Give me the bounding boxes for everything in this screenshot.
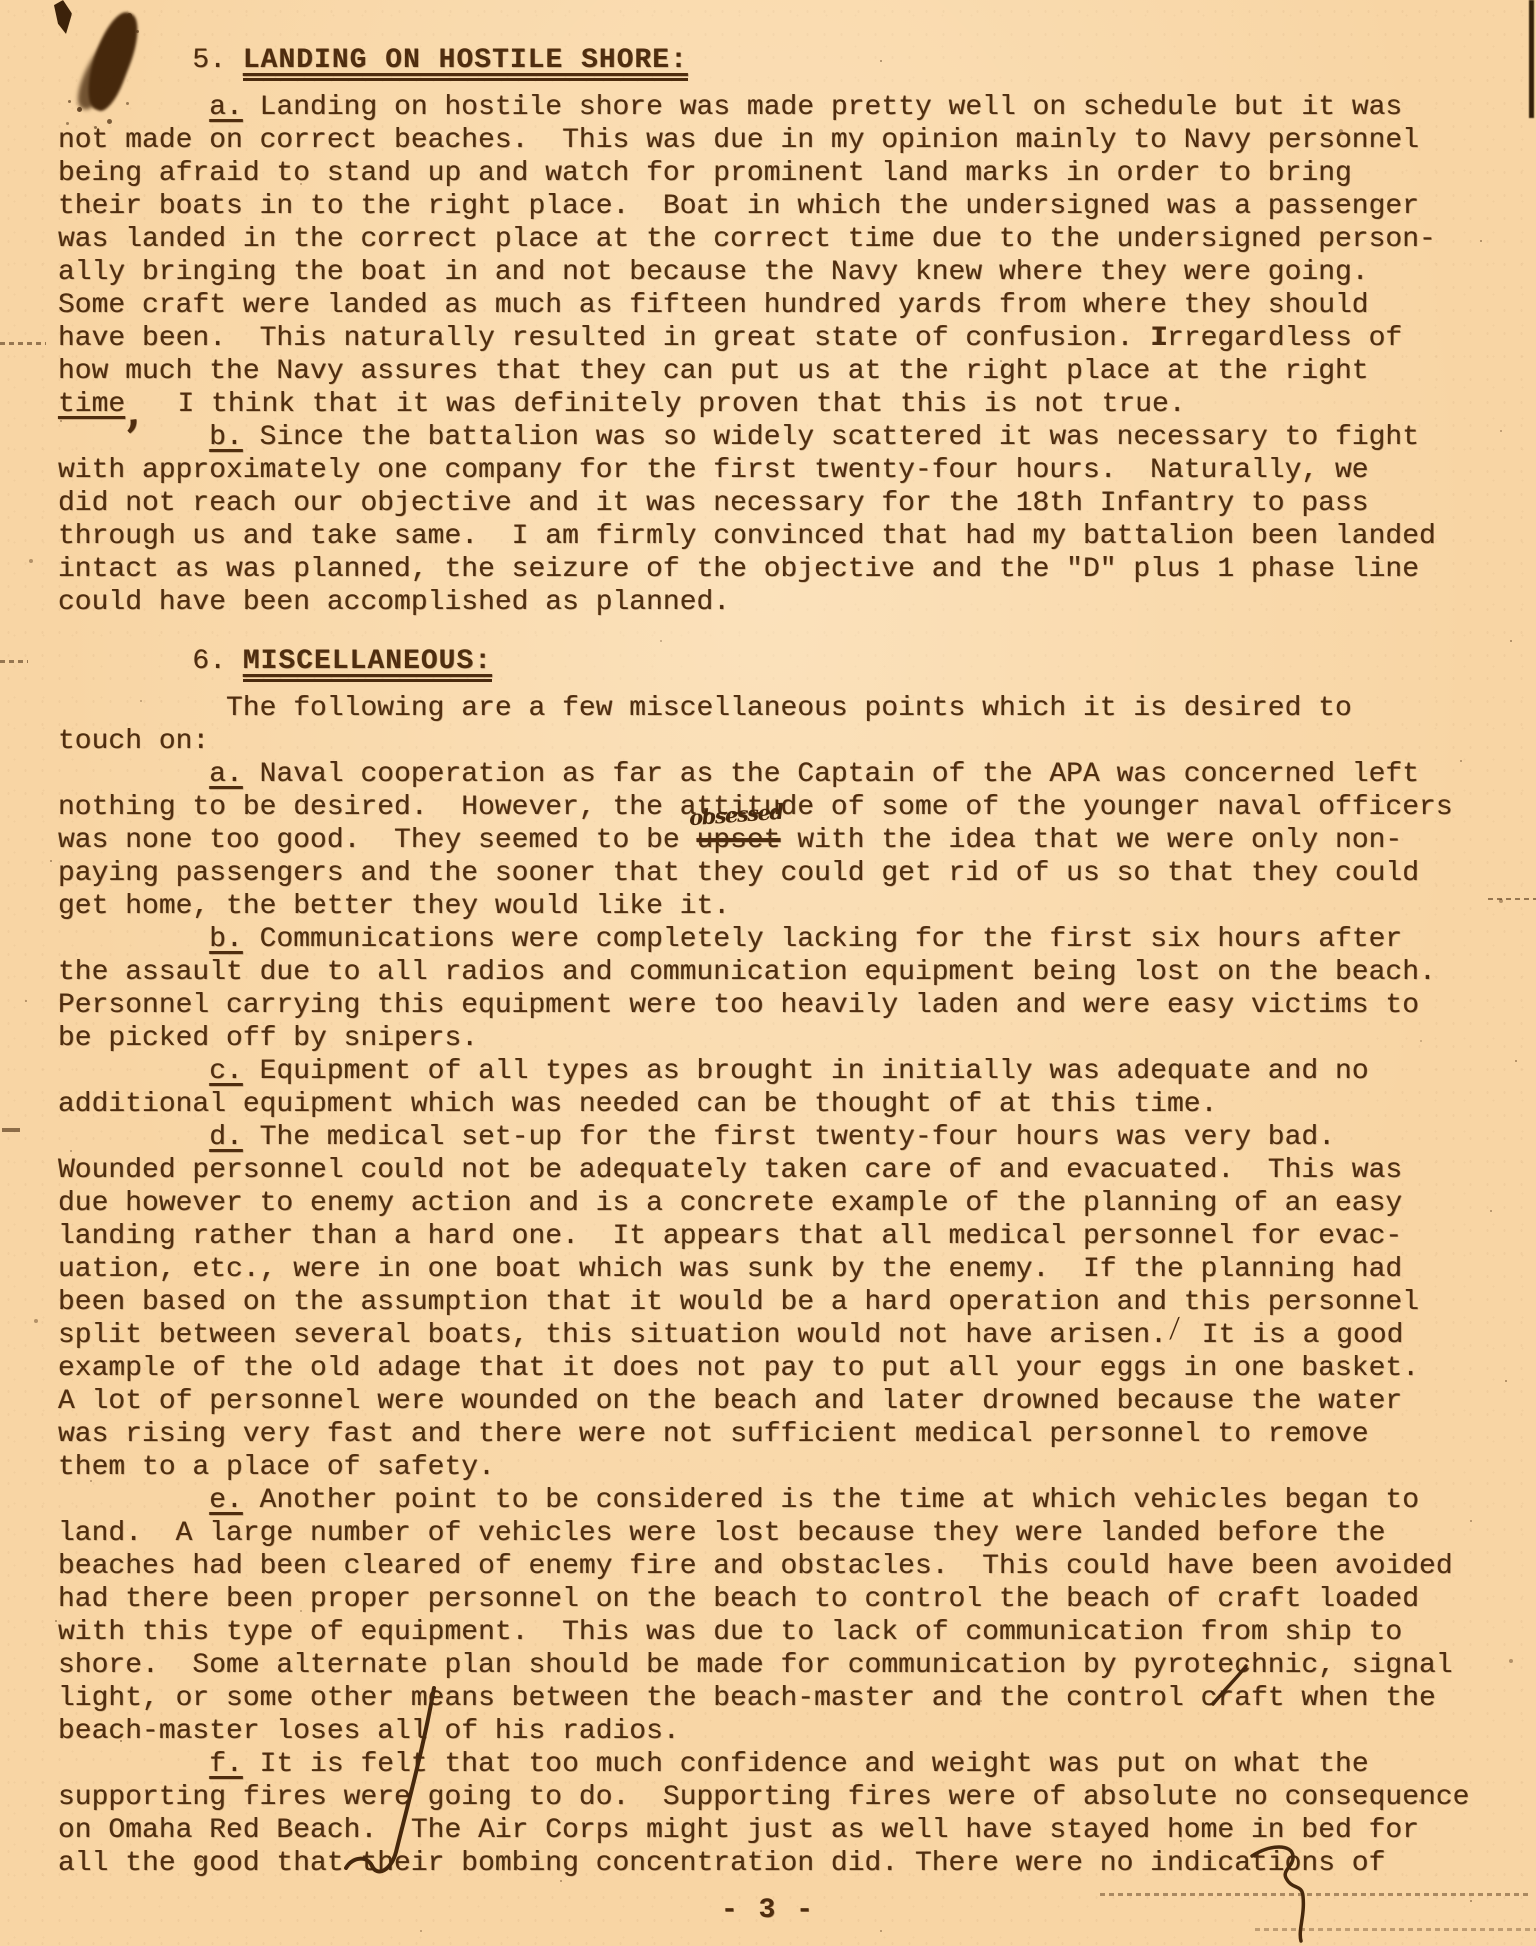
text-line: had there been proper personnel on the b…: [58, 1583, 1536, 1616]
text-run: their boats in to the right place. Boat …: [58, 191, 1419, 222]
text-run: A lot of personnel were wounded on the b…: [58, 1386, 1402, 1417]
underlined-text: b.: [209, 924, 243, 955]
text-line: with approximately one company for the f…: [58, 454, 1536, 487]
text-line: ally bringing the boat in and not becaus…: [58, 256, 1536, 289]
text-run: light, or some other means between the b…: [58, 1683, 1436, 1714]
text-line: the assault due to all radios and commun…: [58, 956, 1536, 989]
text-line: uation, etc., were in one boat which was…: [58, 1253, 1536, 1286]
text-run: [58, 759, 209, 790]
page-number: - 3 -: [58, 1894, 1478, 1927]
text-line: Wounded personnel could not be adequatel…: [58, 1154, 1536, 1187]
text-run: [58, 92, 209, 123]
text-run: 6.: [58, 646, 243, 677]
text-run: was rising very fast and there were not …: [58, 1419, 1369, 1450]
text-run: land. A large number of vehicles were lo…: [58, 1518, 1385, 1549]
text-run: rregardless of: [1167, 323, 1402, 354]
corrected-word: upsetobsessed: [697, 824, 781, 857]
text-line: been based on the assumption that it wou…: [58, 1286, 1536, 1319]
text-line: d. The medical set-up for the first twen…: [58, 1121, 1536, 1154]
text-run: ally bringing the boat in and not becaus…: [58, 257, 1369, 288]
text-line: a. Landing on hostile shore was made pre…: [58, 91, 1536, 124]
text-run: through us and take same. I am firmly co…: [58, 521, 1436, 552]
text-run: with approximately one company for the f…: [58, 455, 1369, 486]
text-line: be picked off by snipers.: [58, 1022, 1536, 1055]
text-run: being afraid to stand up and watch for p…: [58, 158, 1352, 189]
text-line: Some craft were landed as much as fiftee…: [58, 289, 1536, 322]
text-run: It is felt that too much confidence and …: [243, 1749, 1369, 1780]
text-run: not made on correct beaches. This was du…: [58, 125, 1419, 156]
text-run: have been. This naturally resulted in gr…: [58, 323, 1150, 354]
handwritten-comma: ,: [125, 411, 140, 413]
text-run: [58, 1056, 209, 1087]
text-line: e. Another point to be considered is the…: [58, 1484, 1536, 1517]
text-line: light, or some other means between the b…: [58, 1682, 1536, 1715]
scanned-document-page: { "page": { "background": "#f8d5a4", "in…: [0, 0, 1536, 1946]
text-run: had there been proper personnel on the b…: [58, 1584, 1419, 1615]
text-line: b. Communications were completely lackin…: [58, 923, 1536, 956]
text-run: It is a good: [1185, 1320, 1403, 1351]
text-run: paying passengers and the sooner that th…: [58, 858, 1419, 889]
document-body: 5. LANDING ON HOSTILE SHORE: a. Landing …: [0, 0, 1536, 1946]
underlined-text: e.: [209, 1485, 243, 1516]
text-line: on Omaha Red Beach. The Air Corps might …: [58, 1814, 1536, 1847]
text-run: Another point to be considered is the ti…: [243, 1485, 1419, 1516]
text-run: Some craft were landed as much as fiftee…: [58, 290, 1369, 321]
text-line: how much the Navy assures that they can …: [58, 355, 1536, 388]
text-line: c. Equipment of all types as brought in …: [58, 1055, 1536, 1088]
text-run: with the idea that we were only non-: [781, 825, 1403, 856]
underlined-text: d.: [209, 1122, 243, 1153]
text-run: Naval cooperation as far as the Captain …: [243, 759, 1419, 790]
text-run: - 3 -: [721, 1895, 815, 1926]
text-line: was none too good. They seemed to be ups…: [58, 824, 1536, 857]
text-line: f. It is felt that too much confidence a…: [58, 1748, 1536, 1781]
text-line: A lot of personnel were wounded on the b…: [58, 1385, 1536, 1418]
text-run: supporting fires were going to do. Suppo…: [58, 1782, 1469, 1813]
text-run: beaches had been cleared of enemy fire a…: [58, 1551, 1453, 1582]
text-line: The following are a few miscellaneous po…: [58, 692, 1536, 725]
underlined-text: a.: [209, 759, 243, 790]
underlined-text: b.: [209, 422, 243, 453]
text-line: intact as was planned, the seizure of th…: [58, 553, 1536, 586]
text-run: shore. Some alternate plan should be mad…: [58, 1650, 1453, 1681]
text-line: all the good that their bombing concentr…: [58, 1847, 1536, 1880]
text-run: The following are a few miscellaneous po…: [58, 693, 1352, 724]
text-run: I think that it was definitely proven th…: [144, 389, 1186, 420]
text-line: land. A large number of vehicles were lo…: [58, 1517, 1536, 1550]
text-run: how much the Navy assures that they can …: [58, 356, 1369, 387]
text-line: example of the old adage that it does no…: [58, 1352, 1536, 1385]
text-line: additional equipment which was needed ca…: [58, 1088, 1536, 1121]
text-run: The medical set-up for the first twenty-…: [243, 1122, 1335, 1153]
text-run: 5.: [58, 45, 243, 76]
text-line: paying passengers and the sooner that th…: [58, 857, 1536, 890]
text-run: be picked off by snipers.: [58, 1023, 478, 1054]
text-run: Personnel carrying this equipment were t…: [58, 990, 1419, 1021]
text-run: [58, 924, 209, 955]
text-run: Equipment of all types as brought in ini…: [243, 1056, 1369, 1087]
text-run: example of the old adage that it does no…: [58, 1353, 1419, 1384]
text-line: split between several boats, this situat…: [58, 1319, 1536, 1352]
text-line: their boats in to the right place. Boat …: [58, 190, 1536, 223]
text-run: the assault due to all radios and commun…: [58, 957, 1436, 988]
text-run: Landing on hostile shore was made pretty…: [243, 92, 1402, 123]
text-run: did not reach our objective and it was n…: [58, 488, 1369, 519]
underlined-text: f.: [209, 1749, 243, 1780]
struck-word: upset: [697, 825, 781, 856]
text-line: not made on correct beaches. This was du…: [58, 124, 1536, 157]
text-run: beach-master loses all of his radios.: [58, 1716, 680, 1747]
text-line: supporting fires were going to do. Suppo…: [58, 1781, 1536, 1814]
text-line: a. Naval cooperation as far as the Capta…: [58, 758, 1536, 791]
text-line: beaches had been cleared of enemy fire a…: [58, 1550, 1536, 1583]
text-run: was landed in the correct place at the c…: [58, 224, 1436, 255]
text-line: did not reach our objective and it was n…: [58, 487, 1536, 520]
underlined-text: a.: [209, 92, 243, 123]
text-line: get home, the better they would like it.: [58, 890, 1536, 923]
text-line: nothing to be desired. However, the atti…: [58, 791, 1536, 824]
text-line: have been. This naturally resulted in gr…: [58, 322, 1536, 355]
text-run: Wounded personnel could not be adequatel…: [58, 1155, 1402, 1186]
text-line: b. Since the battalion was so widely sca…: [58, 421, 1536, 454]
text-line: Personnel carrying this equipment were t…: [58, 989, 1536, 1022]
text-run: intact as was planned, the seizure of th…: [58, 554, 1419, 585]
text-line: due however to enemy action and is a con…: [58, 1187, 1536, 1220]
text-run: landing rather than a hard one. It appea…: [58, 1221, 1402, 1252]
text-line: beach-master loses all of his radios.: [58, 1715, 1536, 1748]
underlined-text: c.: [209, 1056, 243, 1087]
text-run: them to a place of safety.: [58, 1452, 495, 1483]
text-line: was landed in the correct place at the c…: [58, 223, 1536, 256]
text-run: could have been accomplished as planned.: [58, 587, 730, 618]
section-heading: 5. LANDING ON HOSTILE SHORE:: [58, 44, 1536, 81]
text-run: split between several boats, this situat…: [58, 1320, 1167, 1351]
text-run: touch on:: [58, 726, 209, 757]
text-run: [58, 1122, 209, 1153]
text-line: through us and take same. I am firmly co…: [58, 520, 1536, 553]
text-line: landing rather than a hard one. It appea…: [58, 1220, 1536, 1253]
text-run: due however to enemy action and is a con…: [58, 1188, 1402, 1219]
text-run: with this type of equipment. This was du…: [58, 1617, 1402, 1648]
heading-title: LANDING ON HOSTILE SHORE:: [243, 44, 688, 81]
heading-title: MISCELLANEOUS:: [243, 645, 492, 682]
text-run: all the good that their bombing concentr…: [58, 1848, 1385, 1879]
text-line: them to a place of safety.: [58, 1451, 1536, 1484]
underlined-text: time: [58, 389, 125, 420]
text-run: Communications were completely lacking f…: [243, 924, 1402, 955]
text-line: could have been accomplished as planned.: [58, 586, 1536, 619]
text-run: [58, 1749, 209, 1780]
text-run: Since the battalion was so widely scatte…: [243, 422, 1419, 453]
text-run: get home, the better they would like it.: [58, 891, 730, 922]
text-line: with this type of equipment. This was du…: [58, 1616, 1536, 1649]
text-line: was rising very fast and there were not …: [58, 1418, 1536, 1451]
section-heading: 6. MISCELLANEOUS:: [58, 645, 1536, 682]
text-run: on Omaha Red Beach. The Air Corps might …: [58, 1815, 1419, 1846]
text-line: touch on:: [58, 725, 1536, 758]
text-line: time, I think that it was definitely pro…: [58, 388, 1536, 421]
text-run: [58, 1485, 209, 1516]
handwritten-annotation: obsessed: [688, 802, 783, 828]
text-run: additional equipment which was needed ca…: [58, 1089, 1217, 1120]
text-line: being afraid to stand up and watch for p…: [58, 157, 1536, 190]
text-run: was none too good. They seemed to be: [58, 825, 697, 856]
text-line: shore. Some alternate plan should be mad…: [58, 1649, 1536, 1682]
overstruck-letter: I: [1150, 323, 1167, 354]
text-run: uation, etc., were in one boat which was…: [58, 1254, 1402, 1285]
text-run: been based on the assumption that it wou…: [58, 1287, 1419, 1318]
